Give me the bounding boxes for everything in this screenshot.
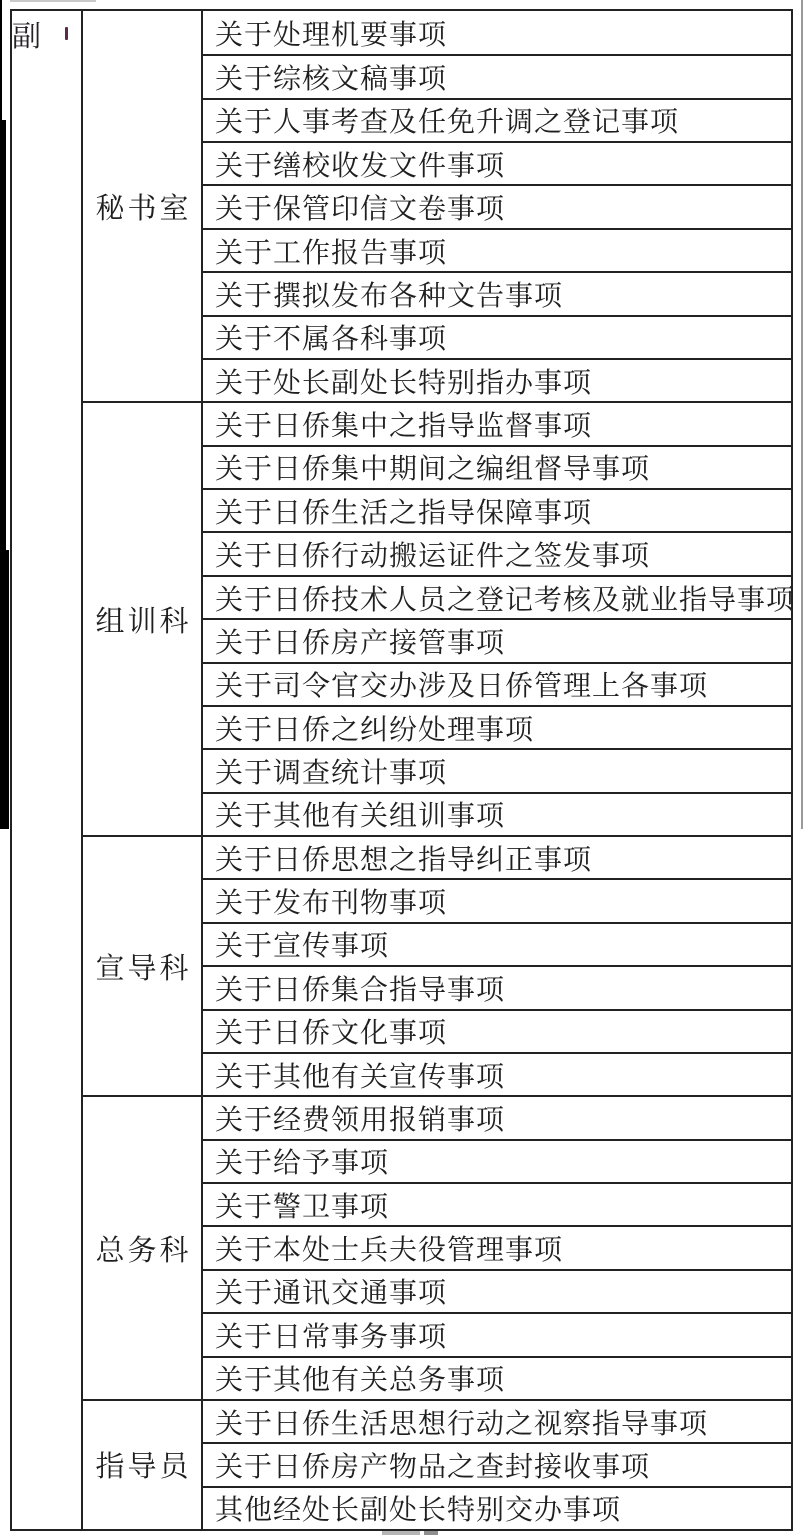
duty-item-row: 关于其他有关宣传事项 <box>203 1052 791 1095</box>
duty-item-text: 关于给予事项 <box>215 1141 389 1181</box>
department-label: 总务科 <box>92 1228 191 1269</box>
duty-item-text: 关于日侨集中期间之编组督导事项 <box>215 447 650 487</box>
duty-item-text: 关于综核文稿事项 <box>215 57 447 97</box>
duty-item-text: 关于日侨房产物品之查封接收事项 <box>215 1445 650 1485</box>
department-cell: 指导员 <box>83 1399 203 1529</box>
duty-item-text: 关于处理机要事项 <box>215 13 447 53</box>
scan-edge-artifact-thick <box>0 550 9 829</box>
duty-item-text: 关于其他有关总务事项 <box>215 1358 505 1398</box>
duty-item-text: 关于保管印信文卷事项 <box>215 187 505 227</box>
duty-item-text: 关于日常事务事项 <box>215 1315 447 1355</box>
scan-edge-artifact-top <box>10 0 96 2</box>
duty-item-text: 关于日侨房产接管事项 <box>215 621 505 661</box>
duty-item-text: 关于日侨生活之指导保障事项 <box>215 491 592 531</box>
vertical-tick-mark <box>65 27 68 40</box>
department-cell: 总务科 <box>83 1095 203 1399</box>
duty-item-text: 关于调查统计事项 <box>215 751 447 791</box>
department-label: 组训科 <box>92 599 191 640</box>
duty-item-text: 关于通讯交通事项 <box>215 1271 447 1311</box>
duty-item-text: 关于日侨思想之指导纠正事项 <box>215 838 592 878</box>
duty-item-row: 关于日侨集中之指导监督事项 <box>203 401 791 444</box>
duty-item-text: 关于宣传事项 <box>215 924 389 964</box>
duty-item-row: 关于日侨文化事项 <box>203 1009 791 1052</box>
duty-item-text: 关于工作报告事项 <box>215 231 447 271</box>
margin-column-cell: 副 <box>12 11 83 1529</box>
duty-item-text: 关于日侨行动搬运证件之签发事项 <box>215 534 650 574</box>
duty-item-row: 关于日侨房产物品之查封接收事项 <box>203 1442 791 1485</box>
duty-item-row: 关于日侨思想之指导纠正事项 <box>203 835 791 878</box>
duty-item-row: 关于处理机要事项 <box>203 11 791 54</box>
department-cell: 宣导科 <box>83 835 203 1095</box>
duty-item-row: 关于日侨之纠纷处理事项 <box>203 705 791 748</box>
duty-item-row: 关于发布刊物事项 <box>203 878 791 921</box>
duty-item-text: 关于不属各科事项 <box>215 317 447 357</box>
duty-item-text: 关于日侨文化事项 <box>215 1011 447 1051</box>
duty-item-row: 关于缮校收发文件事项 <box>203 141 791 184</box>
duty-item-text: 其他经处长副处长特别交办事项 <box>215 1488 621 1528</box>
scanned-document-page: 副秘书室关于处理机要事项关于综核文稿事项关于人事考查及任免升调之登记事项关于缮校… <box>0 0 805 1536</box>
duty-item-row: 关于日侨行动搬运证件之签发事项 <box>203 531 791 574</box>
duty-item-text: 关于处长副处长特别指办事项 <box>215 361 592 401</box>
department-cell: 秘书室 <box>83 11 203 401</box>
duty-item-row: 关于宣传事项 <box>203 922 791 965</box>
duty-item-row: 关于不属各科事项 <box>203 315 791 358</box>
duty-item-row: 关于处长副处长特别指办事项 <box>203 358 791 401</box>
duty-item-row: 关于工作报告事项 <box>203 228 791 271</box>
margin-label: 副 <box>12 22 41 51</box>
department-label: 宣导科 <box>92 946 191 987</box>
duty-item-text: 关于日侨集合指导事项 <box>215 968 505 1008</box>
duty-item-text: 关于缮校收发文件事项 <box>215 144 505 184</box>
duty-item-text: 关于日侨集中之指导监督事项 <box>215 404 592 444</box>
duty-item-text: 关于其他有关宣传事项 <box>215 1055 505 1095</box>
duty-item-row: 关于司令官交办涉及日侨管理上各事项 <box>203 662 791 705</box>
duty-item-text: 关于经费领用报销事项 <box>215 1098 505 1138</box>
duty-item-text: 关于日侨技术人员之登记考核及就业指导事项 <box>215 578 791 618</box>
duty-item-row: 关于经费领用报销事项 <box>203 1095 791 1138</box>
department-label: 秘书室 <box>92 186 191 227</box>
duty-item-text: 关于日侨生活思想行动之视察指导事项 <box>215 1402 708 1442</box>
duty-item-row: 关于其他有关组训事项 <box>203 792 791 835</box>
duty-item-text: 关于其他有关组训事项 <box>215 794 505 834</box>
duty-item-text: 关于警卫事项 <box>215 1185 389 1225</box>
duty-item-text: 关于发布刊物事项 <box>215 881 447 921</box>
duty-item-row: 关于日侨房产接管事项 <box>203 618 791 661</box>
duty-item-row: 关于日侨集合指导事项 <box>203 965 791 1008</box>
duty-item-text: 关于本处士兵夫役管理事项 <box>215 1228 563 1268</box>
duty-item-row: 关于综核文稿事项 <box>203 54 791 97</box>
duty-item-text: 关于日侨之纠纷处理事项 <box>215 708 534 748</box>
duty-item-text: 关于司令官交办涉及日侨管理上各事项 <box>215 664 708 704</box>
scan-edge-artifact-right <box>801 0 803 829</box>
duty-item-row: 关于撰拟发布各种文告事项 <box>203 271 791 314</box>
duty-item-row: 关于日侨生活思想行动之视察指导事项 <box>203 1399 791 1442</box>
duty-item-row: 关于调查统计事项 <box>203 748 791 791</box>
duty-item-text: 关于撰拟发布各种文告事项 <box>215 274 563 314</box>
duty-item-row: 关于日侨技术人员之登记考核及就业指导事项 <box>203 575 791 618</box>
duty-item-row: 关于给予事项 <box>203 1139 791 1182</box>
department-cell: 组训科 <box>83 401 203 835</box>
duty-item-row: 其他经处长副处长特别交办事项 <box>203 1486 791 1529</box>
department-label: 指导员 <box>92 1444 191 1485</box>
scan-edge-artifact-mid <box>0 120 6 555</box>
duties-table: 副秘书室关于处理机要事项关于综核文稿事项关于人事考查及任免升调之登记事项关于缮校… <box>10 9 793 1531</box>
duty-item-text: 关于人事考查及任免升调之登记事项 <box>215 100 679 140</box>
duty-item-row: 关于通讯交通事项 <box>203 1269 791 1312</box>
duty-item-row: 关于本处士兵夫役管理事项 <box>203 1225 791 1268</box>
duty-item-row: 关于其他有关总务事项 <box>203 1356 791 1399</box>
duty-item-row: 关于人事考查及任免升调之登记事项 <box>203 98 791 141</box>
duty-item-row: 关于日常事务事项 <box>203 1312 791 1355</box>
duty-item-row: 关于日侨生活之指导保障事项 <box>203 488 791 531</box>
scan-smudge <box>382 1531 420 1535</box>
duty-item-row: 关于日侨集中期间之编组督导事项 <box>203 445 791 488</box>
duty-item-row: 关于警卫事项 <box>203 1182 791 1225</box>
duty-item-row: 关于保管印信文卷事项 <box>203 184 791 227</box>
